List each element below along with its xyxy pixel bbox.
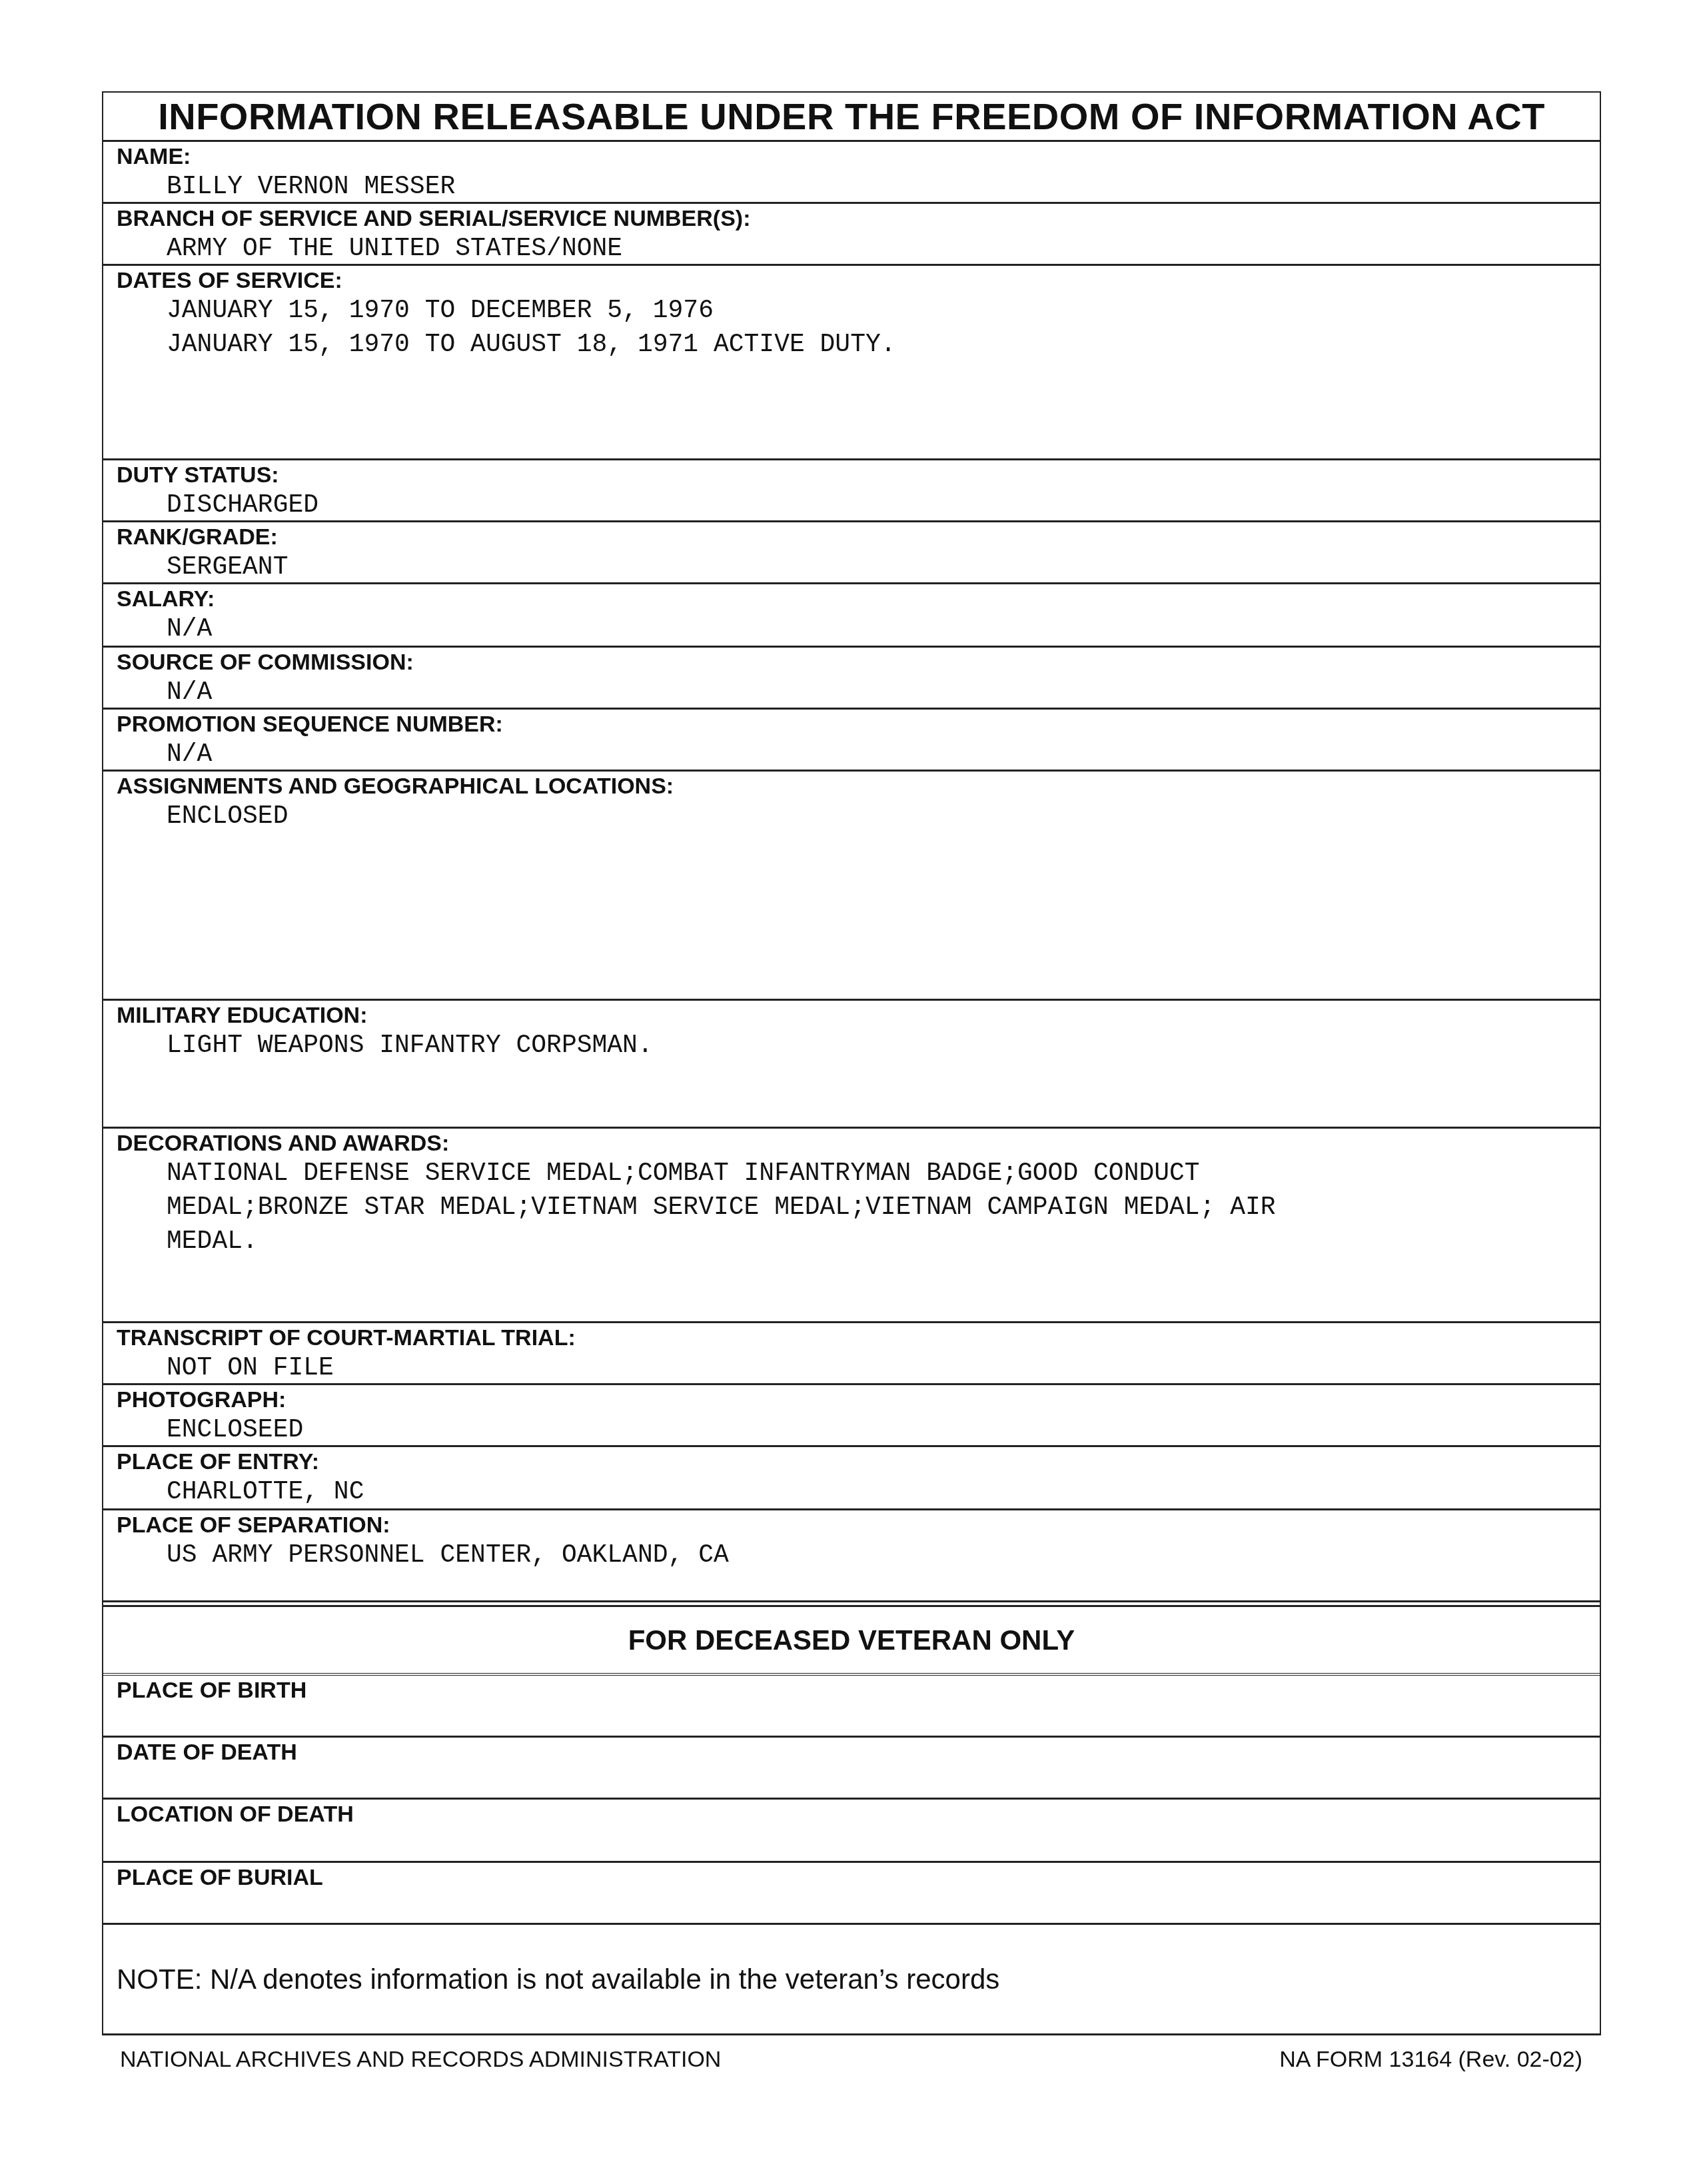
- field-place-of-birth: PLACE OF BIRTH: [103, 1676, 1600, 1738]
- field-place-of-burial: PLACE OF BURIAL: [103, 1863, 1600, 1925]
- field-label: DECORATIONS AND AWARDS:: [117, 1129, 1600, 1157]
- field-branch-of-service: BRANCH OF SERVICE AND SERIAL/SERVICE NUM…: [103, 204, 1600, 266]
- field-value: SERGEANT: [117, 550, 1600, 584]
- field-label: PLACE OF BIRTH: [117, 1676, 1600, 1704]
- field-value: ARMY OF THE UNITED STATES/NONE: [117, 232, 1600, 266]
- form-identifier: NA FORM 13164 (Rev. 02-02): [1279, 2047, 1582, 2073]
- field-dates-of-service: DATES OF SERVICE: JANUARY 15, 1970 TO DE…: [103, 266, 1600, 460]
- field-value: NATIONAL DEFENSE SERVICE MEDAL;COMBAT IN…: [117, 1157, 1600, 1191]
- field-value: MEDAL.: [117, 1225, 1600, 1259]
- field-date-of-death: DATE OF DEATH: [103, 1738, 1600, 1800]
- field-label: SALARY:: [117, 584, 1600, 612]
- field-military-education: MILITARY EDUCATION: LIGHT WEAPONS INFANT…: [103, 1001, 1600, 1129]
- field-source-of-commission: SOURCE OF COMMISSION: N/A: [103, 648, 1600, 710]
- deceased-section-heading: FOR DECEASED VETERAN ONLY: [103, 1607, 1600, 1676]
- field-label: DATE OF DEATH: [117, 1738, 1600, 1766]
- foia-form: INFORMATION RELEASABLE UNDER THE FREEDOM…: [102, 91, 1601, 2035]
- field-label: LOCATION OF DEATH: [117, 1800, 1600, 1828]
- agency-name: NATIONAL ARCHIVES AND RECORDS ADMINISTRA…: [120, 2047, 721, 2073]
- field-value: MEDAL;BRONZE STAR MEDAL;VIETNAM SERVICE …: [117, 1191, 1600, 1225]
- form-footer: NATIONAL ARCHIVES AND RECORDS ADMINISTRA…: [120, 2047, 1582, 2073]
- field-place-of-entry: PLACE OF ENTRY: CHARLOTTE, NC: [103, 1447, 1600, 1510]
- field-label: DATES OF SERVICE:: [117, 266, 1600, 294]
- field-court-martial-transcript: TRANSCRIPT OF COURT-MARTIAL TRIAL: NOT O…: [103, 1323, 1600, 1385]
- field-value: ENCLOSED: [117, 800, 1600, 833]
- field-name: NAME: BILLY VERNON MESSER: [103, 142, 1600, 204]
- field-assignments: ASSIGNMENTS AND GEOGRAPHICAL LOCATIONS: …: [103, 772, 1600, 1001]
- field-value: ENCLOSEED: [117, 1413, 1600, 1447]
- field-promotion-sequence-number: PROMOTION SEQUENCE NUMBER: N/A: [103, 710, 1600, 772]
- field-value: N/A: [117, 612, 1600, 646]
- field-value: JANUARY 15, 1970 TO AUGUST 18, 1971 ACTI…: [117, 328, 1600, 362]
- field-value: NOT ON FILE: [117, 1351, 1600, 1385]
- field-salary: SALARY: N/A: [103, 584, 1600, 648]
- field-value: DISCHARGED: [117, 488, 1600, 522]
- note-text: NOTE: N/A denotes information is not ava…: [103, 1925, 1600, 2035]
- field-label: PHOTOGRAPH:: [117, 1385, 1600, 1413]
- field-decorations-and-awards: DECORATIONS AND AWARDS: NATIONAL DEFENSE…: [103, 1129, 1600, 1323]
- field-label: PLACE OF BURIAL: [117, 1863, 1600, 1891]
- field-label: DUTY STATUS:: [117, 460, 1600, 488]
- form-title: INFORMATION RELEASABLE UNDER THE FREEDOM…: [103, 93, 1600, 142]
- field-value: CHARLOTTE, NC: [117, 1475, 1600, 1509]
- field-value: LIGHT WEAPONS INFANTRY CORPSMAN.: [117, 1029, 1600, 1063]
- field-photograph: PHOTOGRAPH: ENCLOSEED: [103, 1385, 1600, 1447]
- field-label: RANK/GRADE:: [117, 522, 1600, 550]
- field-value: JANUARY 15, 1970 TO DECEMBER 5, 1976: [117, 294, 1600, 328]
- field-label: BRANCH OF SERVICE AND SERIAL/SERVICE NUM…: [117, 204, 1600, 232]
- field-label: TRANSCRIPT OF COURT-MARTIAL TRIAL:: [117, 1323, 1600, 1351]
- field-label: MILITARY EDUCATION:: [117, 1001, 1600, 1029]
- field-value: BILLY VERNON MESSER: [117, 170, 1600, 204]
- field-location-of-death: LOCATION OF DEATH: [103, 1800, 1600, 1863]
- field-label: SOURCE OF COMMISSION:: [117, 648, 1600, 676]
- field-value: N/A: [117, 738, 1600, 772]
- field-label: PROMOTION SEQUENCE NUMBER:: [117, 710, 1600, 738]
- field-place-of-separation: PLACE OF SEPARATION: US ARMY PERSONNEL C…: [103, 1510, 1600, 1607]
- field-label: PLACE OF SEPARATION:: [117, 1510, 1600, 1538]
- field-value: N/A: [117, 676, 1600, 710]
- field-label: ASSIGNMENTS AND GEOGRAPHICAL LOCATIONS:: [117, 772, 1600, 800]
- field-duty-status: DUTY STATUS: DISCHARGED: [103, 460, 1600, 522]
- field-label: NAME:: [117, 142, 1600, 170]
- field-rank-grade: RANK/GRADE: SERGEANT: [103, 522, 1600, 584]
- field-label: PLACE OF ENTRY:: [117, 1447, 1600, 1475]
- field-value: US ARMY PERSONNEL CENTER, OAKLAND, CA: [117, 1538, 1600, 1572]
